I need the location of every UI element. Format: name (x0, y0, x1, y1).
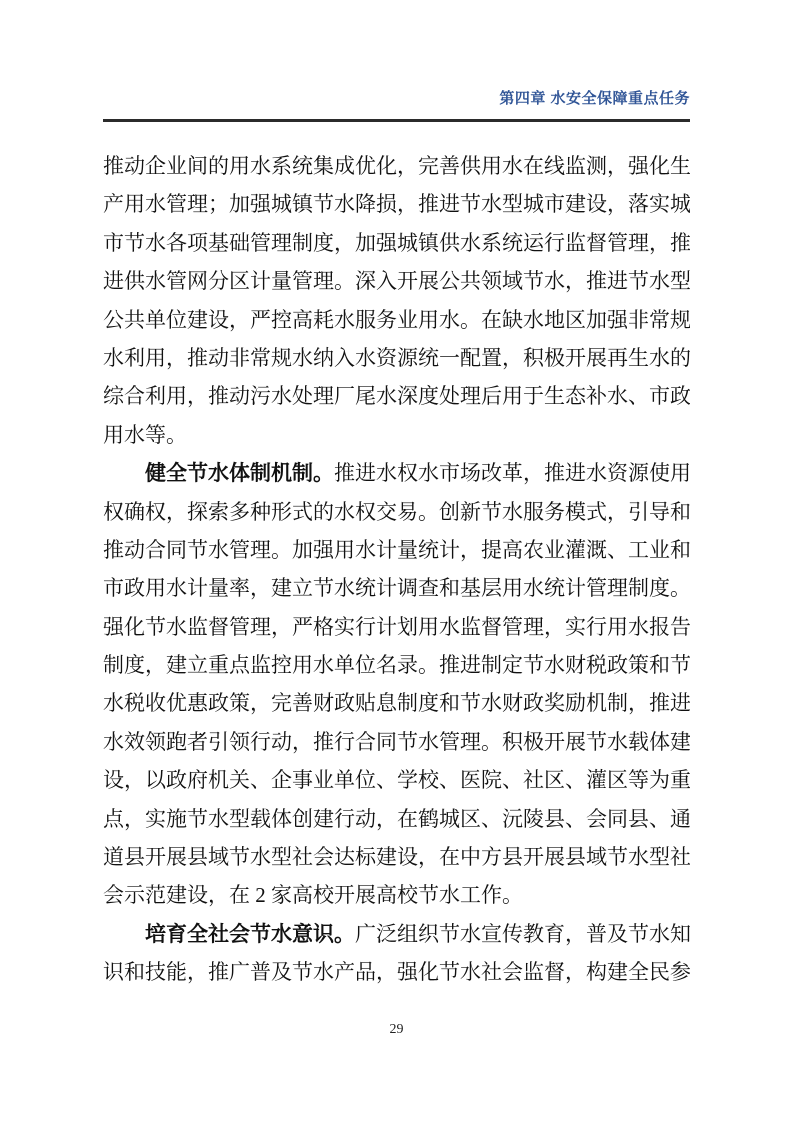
text-line: 强化节水监督管理，严格实行计划用水监督管理，实行用水报告 (103, 608, 690, 646)
page-footer: 29 (0, 1022, 793, 1038)
text-line: 综合利用，推动污水处理厂尾水深度处理后用于生态补水、市政 (103, 377, 690, 415)
document-body: 推动企业间的用水系统集成优化，完善供用水在线监测，强化生 产用水管理；加强城镇节… (103, 147, 690, 992)
text-line: 点，实施节水型载体创建行动，在鹤城区、沅陵县、会同县、通 (103, 800, 690, 838)
text-line: 设，以政府机关、企事业单位、学校、医院、社区、灌区等为重 (103, 761, 690, 799)
paragraph-text: 广泛组织节水宣传教育，普及节水知 (355, 922, 690, 946)
paragraph-text: 推进水权水市场改革，推进水资源使用 (334, 461, 690, 485)
text-line: 会示范建设，在 2 家高校开展高校节水工作。 (103, 876, 690, 914)
text-line: 用水等。 (103, 416, 690, 454)
text-line: 制度，建立重点监控用水单位名录。推进制定节水财税政策和节 (103, 646, 690, 684)
text-line: 培育全社会节水意识。广泛组织节水宣传教育，普及节水知 (103, 915, 690, 953)
text-line: 健全节水体制机制。推进水权水市场改革，推进水资源使用 (103, 454, 690, 492)
text-line: 水效领跑者引领行动，推行合同节水管理。积极开展节水载体建 (103, 723, 690, 761)
paragraph-lead: 健全节水体制机制。 (145, 462, 334, 485)
text-line: 市政用水计量率，建立节水统计调查和基层用水统计管理制度。 (103, 569, 690, 607)
text-line: 推动企业间的用水系统集成优化，完善供用水在线监测，强化生 (103, 147, 690, 185)
text-line: 进供水管网分区计量管理。深入开展公共领域节水，推进节水型 (103, 262, 690, 300)
text-line: 水税收优惠政策，完善财政贴息制度和节水财政奖励机制，推进 (103, 684, 690, 722)
text-line: 公共单位建设，严控高耗水服务业用水。在缺水地区加强非常规 (103, 301, 690, 339)
paragraph-lead: 培育全社会节水意识。 (145, 923, 355, 946)
document-page: 第四章 水安全保障重点任务 推动企业间的用水系统集成优化，完善供用水在线监测，强… (0, 0, 793, 1122)
text-line: 产用水管理；加强城镇节水降损，推进节水型城市建设，落实城 (103, 185, 690, 223)
text-line: 道县开展县域节水型社会达标建设，在中方县开展县域节水型社 (103, 838, 690, 876)
text-line: 推动合同节水管理。加强用水计量统计，提高农业灌溉、工业和 (103, 531, 690, 569)
text-line: 市节水各项基础管理制度，加强城镇供水系统运行监督管理，推 (103, 224, 690, 262)
header-rule (103, 119, 690, 122)
text-line: 权确权，探索多种形式的水权交易。创新节水服务模式，引导和 (103, 493, 690, 531)
page-number: 29 (390, 1022, 404, 1037)
text-line: 水利用，推动非常规水纳入水资源统一配置，积极开展再生水的 (103, 339, 690, 377)
chapter-header-title: 第四章 水安全保障重点任务 (499, 87, 690, 108)
text-line: 识和技能，推广普及节水产品，强化节水社会监督，构建全民参 (103, 953, 690, 991)
